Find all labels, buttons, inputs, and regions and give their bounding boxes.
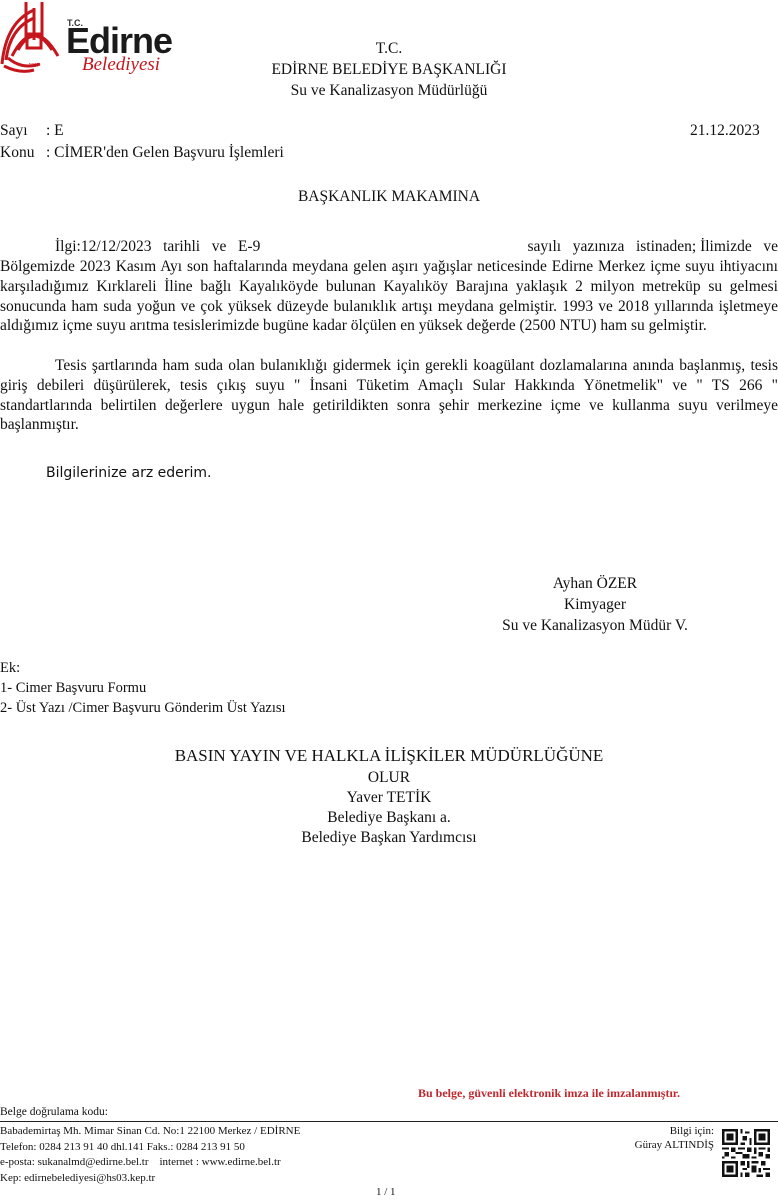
approver-line-1: Belediye Başkanı a. [0, 808, 778, 828]
header-department: Su ve Kanalizasyon Müdürlüğü [0, 82, 778, 100]
footer-contact: Babademirtaş Mh. Mimar Sinan Cd. No:1 22… [0, 1124, 300, 1186]
approval-recipient: BASIN YAYIN VE HALKLA İLİŞKİLER MÜDÜRLÜĞ… [0, 744, 778, 768]
footer-phone: Telefon: 0284 213 91 40 dhl.141 Faks.: 0… [0, 1140, 300, 1156]
footer-kep: Kep: edirnebelediyesi@hs03.kep.tr [0, 1171, 300, 1187]
signer-position: Su ve Kanalizasyon Müdür V. [470, 615, 720, 636]
esignature-note: Bu belge, güvenli elektronik imza ile im… [0, 1086, 680, 1101]
addressee-title: BAŞKANLIK MAKAMINA [0, 188, 778, 206]
approver-name: Yaver TETİK [0, 788, 778, 808]
signer-name: Ayhan ÖZER [470, 573, 720, 594]
paragraph-1-text: Bölgemizde 2023 Kasım Ayı son haftaların… [0, 257, 778, 336]
closing-statement: Bilgilerinize arz ederim. [46, 465, 211, 481]
body-paragraph-2: Tesis şartlarında ham suda olan bulanıkl… [0, 356, 778, 435]
footer-email-web: e-posta: sukanalmd@edirne.bel.tr interne… [0, 1155, 300, 1171]
reference-left: İlgi:12/12/2023 tarihli ve E-9 [55, 237, 260, 257]
signer-title: Kimyager [470, 594, 720, 615]
body-paragraph-1: İlgi:12/12/2023 tarihli ve E-9 sayılı ya… [0, 237, 778, 336]
signature-block: Ayhan ÖZER Kimyager Su ve Kanalizasyon M… [470, 573, 720, 636]
konu-value: : CİMER'den Gelen Başvuru İşlemleri [46, 144, 284, 161]
attachments-label: Ek: [0, 658, 286, 678]
approver-line-2: Belediye Başkan Yardımcısı [0, 828, 778, 848]
sayi-value: : E [46, 122, 64, 139]
page-number: 1 / 1 [376, 1186, 396, 1198]
konu-row: Konu: CİMER'den Gelen Başvuru İşlemleri [0, 144, 284, 162]
footer-divider [0, 1121, 778, 1122]
paragraph-2-text: Tesis şartlarında ham suda olan bulanıkl… [0, 356, 778, 435]
contact-person: Bilgi için: Güray ALTINDİŞ [600, 1124, 714, 1152]
konu-label: Konu [0, 144, 46, 162]
sayi-label: Sayı [0, 122, 46, 140]
attachments: Ek: 1- Cimer Başvuru Formu 2- Üst Yazı /… [0, 658, 286, 718]
info-name: Güray ALTINDİŞ [600, 1138, 714, 1152]
info-label: Bilgi için: [600, 1124, 714, 1138]
attachment-item: 1- Cimer Başvuru Formu [0, 678, 286, 698]
footer-address: Babademirtaş Mh. Mimar Sinan Cd. No:1 22… [0, 1124, 300, 1140]
header-institution: EDİRNE BELEDİYE BAŞKANLIĞI [0, 61, 778, 79]
verification-code-label: Belge doğrulama kodu: [0, 1106, 108, 1118]
document-date: 21.12.2023 [690, 122, 760, 140]
approval-block: BASIN YAYIN VE HALKLA İLİŞKİLER MÜDÜRLÜĞ… [0, 744, 778, 848]
reference-right: sayılı yazınıza istinaden; İlimizde ve [527, 237, 778, 257]
approval-olur: OLUR [0, 768, 778, 788]
qr-code-icon [722, 1129, 770, 1177]
header-tc: T.C. [0, 40, 778, 58]
sayi-row: Sayı: E [0, 122, 64, 140]
attachment-item: 2- Üst Yazı /Cimer Başvuru Gönderim Üst … [0, 698, 286, 718]
